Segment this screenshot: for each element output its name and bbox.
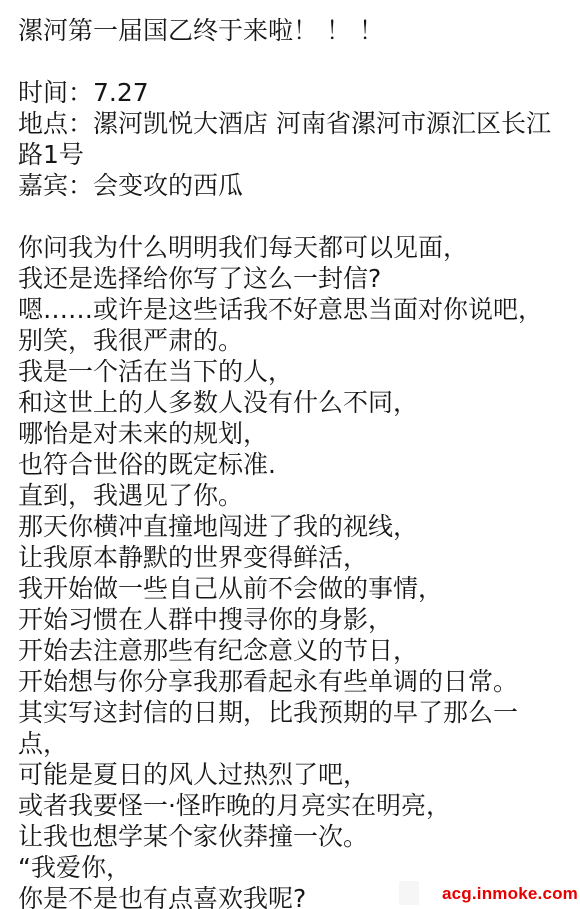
letter-line: 可能是夏日的风人过热烈了吧， [18,759,578,790]
letter-line: 我是一个活在当下的人， [18,356,578,387]
watermark-erase-artifact [399,881,419,905]
letter-line: 让我也想学某个家伙莽撞一次。 [18,821,578,852]
letter-line: 让我原本静默的世界变得鲜活， [18,542,578,573]
letter-document: 漯河第一届国乙终于来啦！ ！ ！ 时间：7.27 地点：漯河凯悦大酒店 河南省漯… [18,15,578,909]
event-title: 漯河第一届国乙终于来啦！ ！ ！ [18,15,578,46]
letter-line: 哪怡是对未来的规划， [18,418,578,449]
event-venue: 地点：漯河凯悦大酒店 河南省漯河市源汇区长江 [18,108,578,139]
letter-line: 其实写这封信的日期，比我预期的早了那么一 [18,697,578,728]
letter-line: 你问我为什么明明我们每天都可以见面， [18,232,578,263]
letter-line: 或者我要怪一·怪昨晚的月亮实在明亮， [18,790,578,821]
event-time: 时间：7.27 [18,77,578,108]
letter-line: 和这世上的人多数人没有什么不同， [18,387,578,418]
letter-line: 开始去注意那些有纪念意义的节日， [18,635,578,666]
letter-line: 开始想与你分享我那看起永有些单调的日常。 [18,666,578,697]
letter-line: 直到，我遇见了你。 [18,480,578,511]
blank-line [18,46,578,77]
letter-line: “我爱你， [18,852,578,883]
letter-line: 开始习惯在人群中搜寻你的身影， [18,604,578,635]
letter-line: 嗯……或许是这些话我不好意思当面对你说吧， [18,294,578,325]
letter-line: 也符合世俗的既定标准. [18,449,578,480]
letter-line: 我开始做一些自己从前不会做的事情， [18,573,578,604]
blank-line [18,201,578,232]
site-watermark: acg.inmoke.com [442,884,578,904]
event-venue-continued: 路1号 [18,139,578,170]
letter-line: 点， [18,728,578,759]
letter-line: 别笑，我很严肃的。 [18,325,578,356]
letter-line: 我还是选择给你写了这么一封信? [18,263,578,294]
letter-line: 那天你横冲直撞地闯进了我的视线， [18,511,578,542]
event-guest: 嘉宾：会变攻的西瓜 [18,170,578,201]
